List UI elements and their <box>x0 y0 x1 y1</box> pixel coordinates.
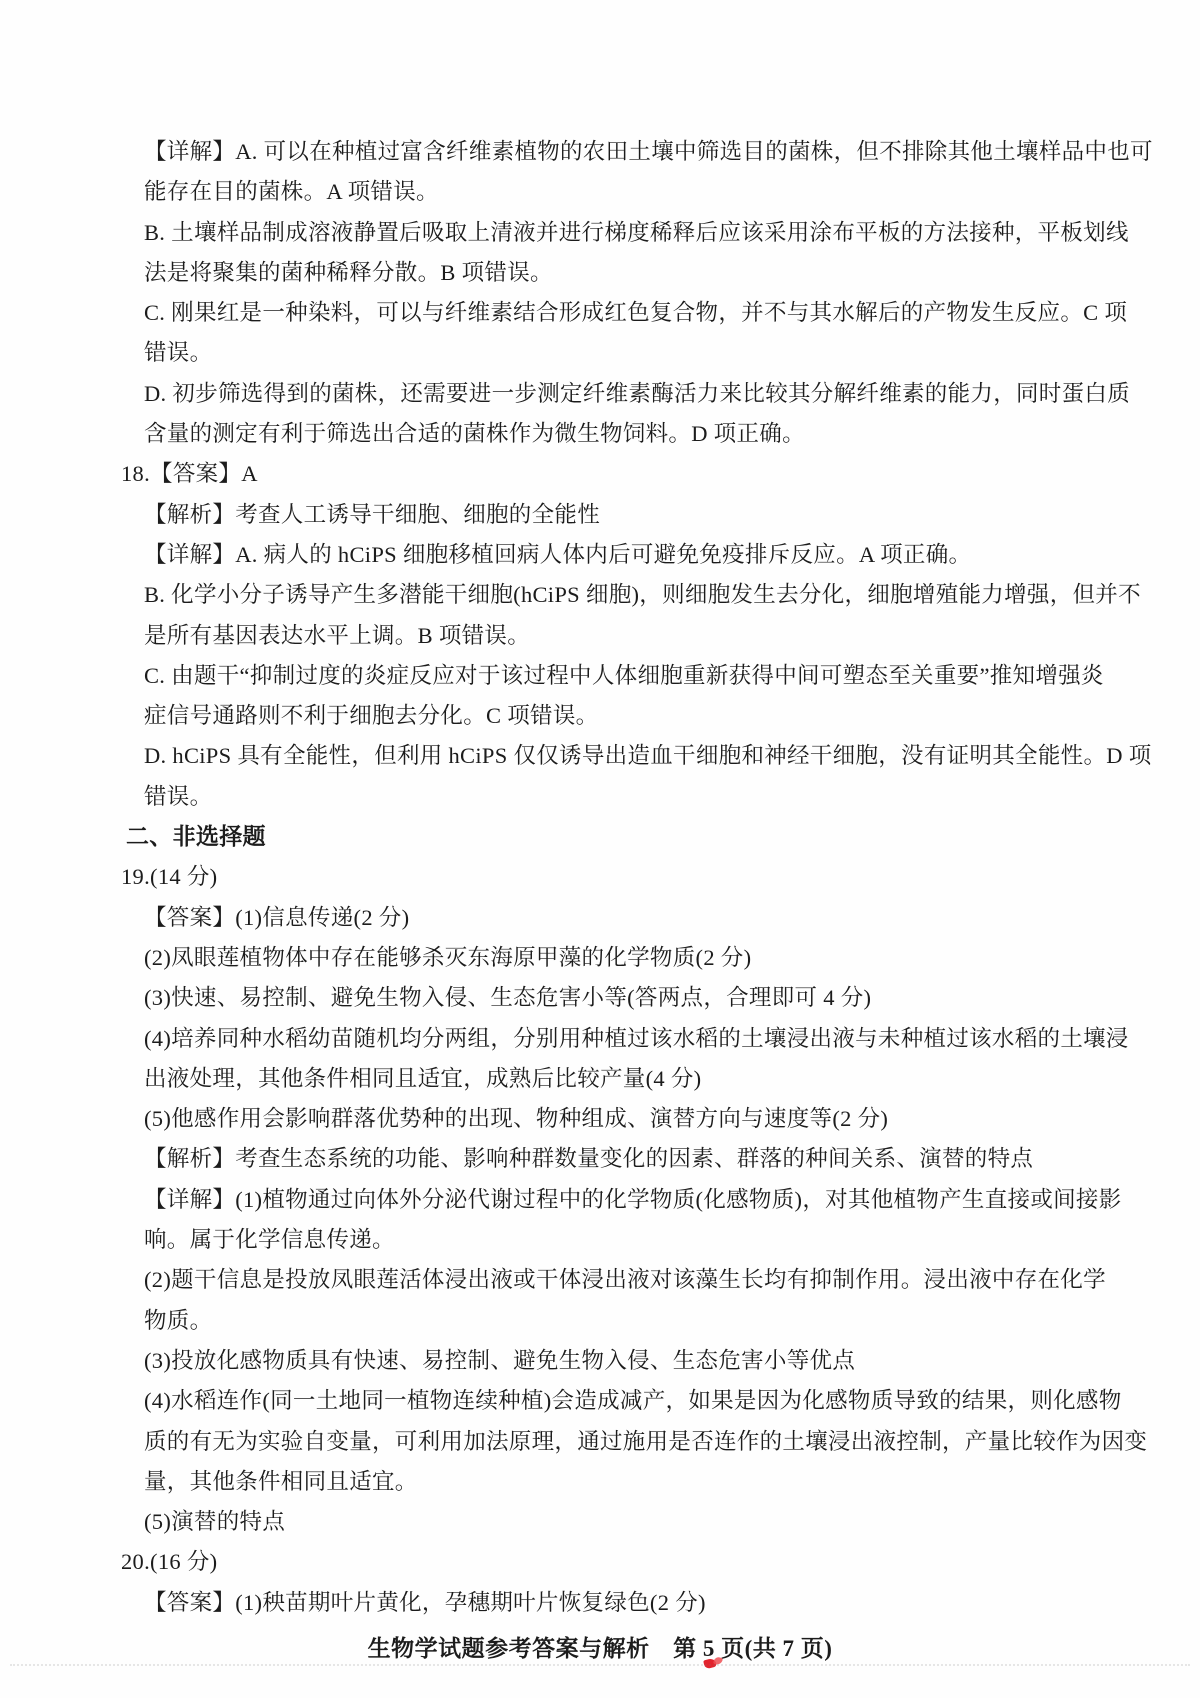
text-line: C. 刚果红是一种染料，可以与纤维素结合形成红色复合物，并不与其水解后的产物发生… <box>0 293 1200 333</box>
text-line: 物质。 <box>0 1301 1200 1341</box>
text-line: B. 土壤样品制成溶液静置后吸取上清液并进行梯度稀释后应该采用涂布平板的方法接种… <box>0 213 1200 253</box>
text-line: 出液处理，其他条件相同且适宜，成熟后比较产量(4 分) <box>0 1059 1200 1099</box>
text-line: 能存在目的菌株。A 项错误。 <box>0 172 1200 212</box>
text-line: 【解析】考查生态系统的功能、影响种群数量变化的因素、群落的种间关系、演替的特点 <box>0 1139 1200 1179</box>
text-line: 是所有基因表达水平上调。B 项错误。 <box>0 616 1200 656</box>
text-line: (2)题干信息是投放凤眼莲活体浸出液或干体浸出液对该藻生长均有抑制作用。浸出液中… <box>0 1260 1200 1300</box>
text-line: 【详解】(1)植物通过向体外分泌代谢过程中的化学物质(化感物质)，对其他植物产生… <box>0 1180 1200 1220</box>
text-line: (3)快速、易控制、避免生物入侵、生态危害小等(答两点，合理即可 4 分) <box>0 978 1200 1018</box>
text-line: 法是将聚集的菌种稀释分散。B 项错误。 <box>0 253 1200 293</box>
text-line: 18.【答案】A <box>0 454 1200 494</box>
text-line: B. 化学小分子诱导产生多潜能干细胞(hCiPS 细胞)，则细胞发生去分化，细胞… <box>0 575 1200 615</box>
text-line: (4)水稻连作(同一土地同一植物连续种植)会造成减产，如果是因为化感物质导致的结… <box>0 1381 1200 1421</box>
scan-artifact-noise <box>10 1664 1190 1666</box>
text-line: 二、非选择题 <box>0 817 1200 857</box>
text-line: 【详解】A. 病人的 hCiPS 细胞移植回病人体内后可避免免疫排斥反应。A 项… <box>0 535 1200 575</box>
text-line: 含量的测定有利于筛选出合适的菌株作为微生物饲料。D 项正确。 <box>0 414 1200 454</box>
text-line: 量，其他条件相同且适宜。 <box>0 1462 1200 1502</box>
text-line: 响。属于化学信息传递。 <box>0 1220 1200 1260</box>
text-line: 错误。 <box>0 777 1200 817</box>
answer-text-block: 【详解】A. 可以在种植过富含纤维素植物的农田土壤中筛选目的菌株，但不排除其他土… <box>0 132 1200 1623</box>
text-line: (3)投放化感物质具有快速、易控制、避免生物入侵、生态危害小等优点 <box>0 1341 1200 1381</box>
text-line: C. 由题干“抑制过度的炎症反应对于该过程中人体细胞重新获得中间可塑态至关重要”… <box>0 656 1200 696</box>
text-line: (5)他感作用会影响群落优势种的出现、物种组成、演替方向与速度等(2 分) <box>0 1099 1200 1139</box>
red-ink-mark <box>702 1656 724 1669</box>
text-line: 质的有无为实验自变量，可利用加法原理，通过施用是否连作的土壤浸出液控制，产量比较… <box>0 1422 1200 1462</box>
text-line: 【答案】(1)信息传递(2 分) <box>0 898 1200 938</box>
text-line: 20.(16 分) <box>0 1542 1200 1582</box>
text-line: 错误。 <box>0 333 1200 373</box>
text-line: (5)演替的特点 <box>0 1502 1200 1542</box>
text-line: 【详解】A. 可以在种植过富含纤维素植物的农田土壤中筛选目的菌株，但不排除其他土… <box>0 132 1200 172</box>
text-line: 【解析】考查人工诱导干细胞、细胞的全能性 <box>0 495 1200 535</box>
text-line: 症信号通路则不利于细胞去分化。C 项错误。 <box>0 696 1200 736</box>
text-line: (4)培养同种水稻幼苗随机均分两组，分别用种植过该水稻的土壤浸出液与未种植过该水… <box>0 1019 1200 1059</box>
text-line: D. hCiPS 具有全能性，但利用 hCiPS 仅仅诱导出造血干细胞和神经干细… <box>0 736 1200 776</box>
text-line: 【答案】(1)秧苗期叶片黄化，孕穗期叶片恢复绿色(2 分) <box>0 1583 1200 1623</box>
text-line: (2)凤眼莲植物体中存在能够杀灭东海原甲藻的化学物质(2 分) <box>0 938 1200 978</box>
text-line: D. 初步筛选得到的菌株，还需要进一步测定纤维素酶活力来比较其分解纤维素的能力，… <box>0 374 1200 414</box>
page-footer: 生物学试题参考答案与解析 第 5 页(共 7 页) <box>0 1630 1200 1663</box>
text-line: 19.(14 分) <box>0 857 1200 897</box>
document-page: 【详解】A. 可以在种植过富含纤维素植物的农田土壤中筛选目的菌株，但不排除其他土… <box>0 0 1200 1698</box>
